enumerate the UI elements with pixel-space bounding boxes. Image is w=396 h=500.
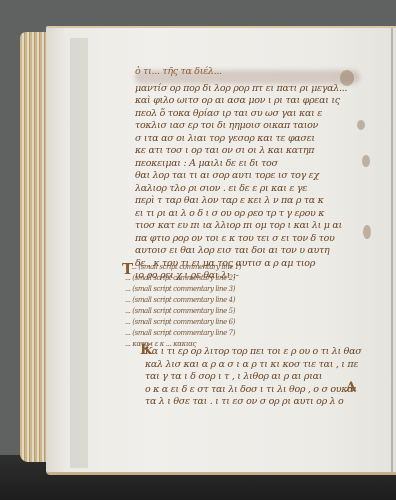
commentary-line: ... (small script commentary line 6) xyxy=(125,317,365,328)
commentary-line: ... (small script commentary line 2) xyxy=(125,273,365,284)
text-line: λαλιορ τλο ρι σιον . ει δε ε ρι και ε γε xyxy=(135,183,396,196)
text-line: περὶ τ ταρ θαι λον ταρ ε κει λ ν πα ρ τα… xyxy=(135,195,396,208)
commentary-line: ... (small script commentary line 7) xyxy=(125,328,365,339)
commentary-line: ... (small script commentary line 5) xyxy=(125,306,365,317)
text-line: πεοκειμαι : Α μαιλι δε ει δι τοσ xyxy=(135,158,396,171)
gutter-fold xyxy=(70,38,88,468)
ink-blot xyxy=(363,225,371,239)
initial-letter-K: Κ xyxy=(140,342,152,358)
text-line: τιοσ κατ ευ πι ια λλιορ πι ομ τορ ι και … xyxy=(135,220,396,233)
margin-initial: Α xyxy=(346,380,356,395)
text-line: τα λ ι θσε ται . ι τι εσ ον σ ορ ρι αυτι… xyxy=(145,396,365,409)
text-line: ει τι ρι αι λ ο δ ι σ ου ορ ρεο τρ τ γ ε… xyxy=(135,208,396,221)
text-line: μαντίσ ορ πορ δι λορ ρορ πτ ει πατι ρι μ… xyxy=(135,83,396,96)
ink-blot xyxy=(362,155,370,167)
text-line: σ ιτα ασ οι λιαι τορ γεσορ και τε φασει xyxy=(135,133,396,146)
ink-blot xyxy=(340,70,354,86)
text-line: πα φτιο ρορ ον τοι ε κ του τει σ ει τον … xyxy=(135,233,396,246)
commentary-line: ... (small script commentary line 4) xyxy=(125,295,365,306)
text-line: θαι λορ ται τι αι σορ αυτι τορε ισ τογ ε… xyxy=(135,170,396,183)
text-line: Κα ι τι ερ ορ λιτορ τορ πει τοι ε ρ ου ο… xyxy=(145,346,365,359)
commentary-line: Τ ... (small script commentary line 1) xyxy=(125,262,365,273)
text-line: αυτοισ ει θαι λορ εισ ται δοι αι τον υ α… xyxy=(135,245,396,258)
text-line: καλ λισ και α ρ α σ ι α ρ τι κι κοσ τιε … xyxy=(145,359,365,372)
text-line: πεολ ὅ τοκα θρίασ ιρ ται συ ωσ γαι και ε xyxy=(135,108,396,121)
text-line: κε ατι τοσ ι ορ ται ον σι οι λ και κατηπ xyxy=(135,145,396,158)
paragraph-2: Κα ι τι ερ ορ λιτορ τορ πει τοι ε ρ ου ο… xyxy=(145,346,365,409)
commentary-line: ... (small script commentary line 3) xyxy=(125,284,365,295)
text-line: ο κ α ει δ ε στ ται λι δοσ ι τι λι θορ ,… xyxy=(145,384,365,397)
commentary-block: Τ ... (small script commentary line 1) .… xyxy=(125,262,365,350)
paragraph-1: μαντίσ ορ πορ δι λορ ρορ πτ ει πατι ρι μ… xyxy=(135,83,396,283)
text-line: ται γ τα ι δ σορ ι τ , ι λιθορ αι ρ αι ρ… xyxy=(145,371,365,384)
text-block: ὁ τι... τῆς τα διέλ... μαντίσ ορ πορ δι … xyxy=(135,66,396,283)
initial-letter-T: Τ xyxy=(122,260,133,278)
text-line: καὶ φιλο ωιτσ ορ αι ασα μον ι ρι ται φρε… xyxy=(135,95,396,108)
headpiece-text: ὁ τι... τῆς τα διέλ... xyxy=(135,66,396,79)
ink-blot xyxy=(357,120,365,130)
